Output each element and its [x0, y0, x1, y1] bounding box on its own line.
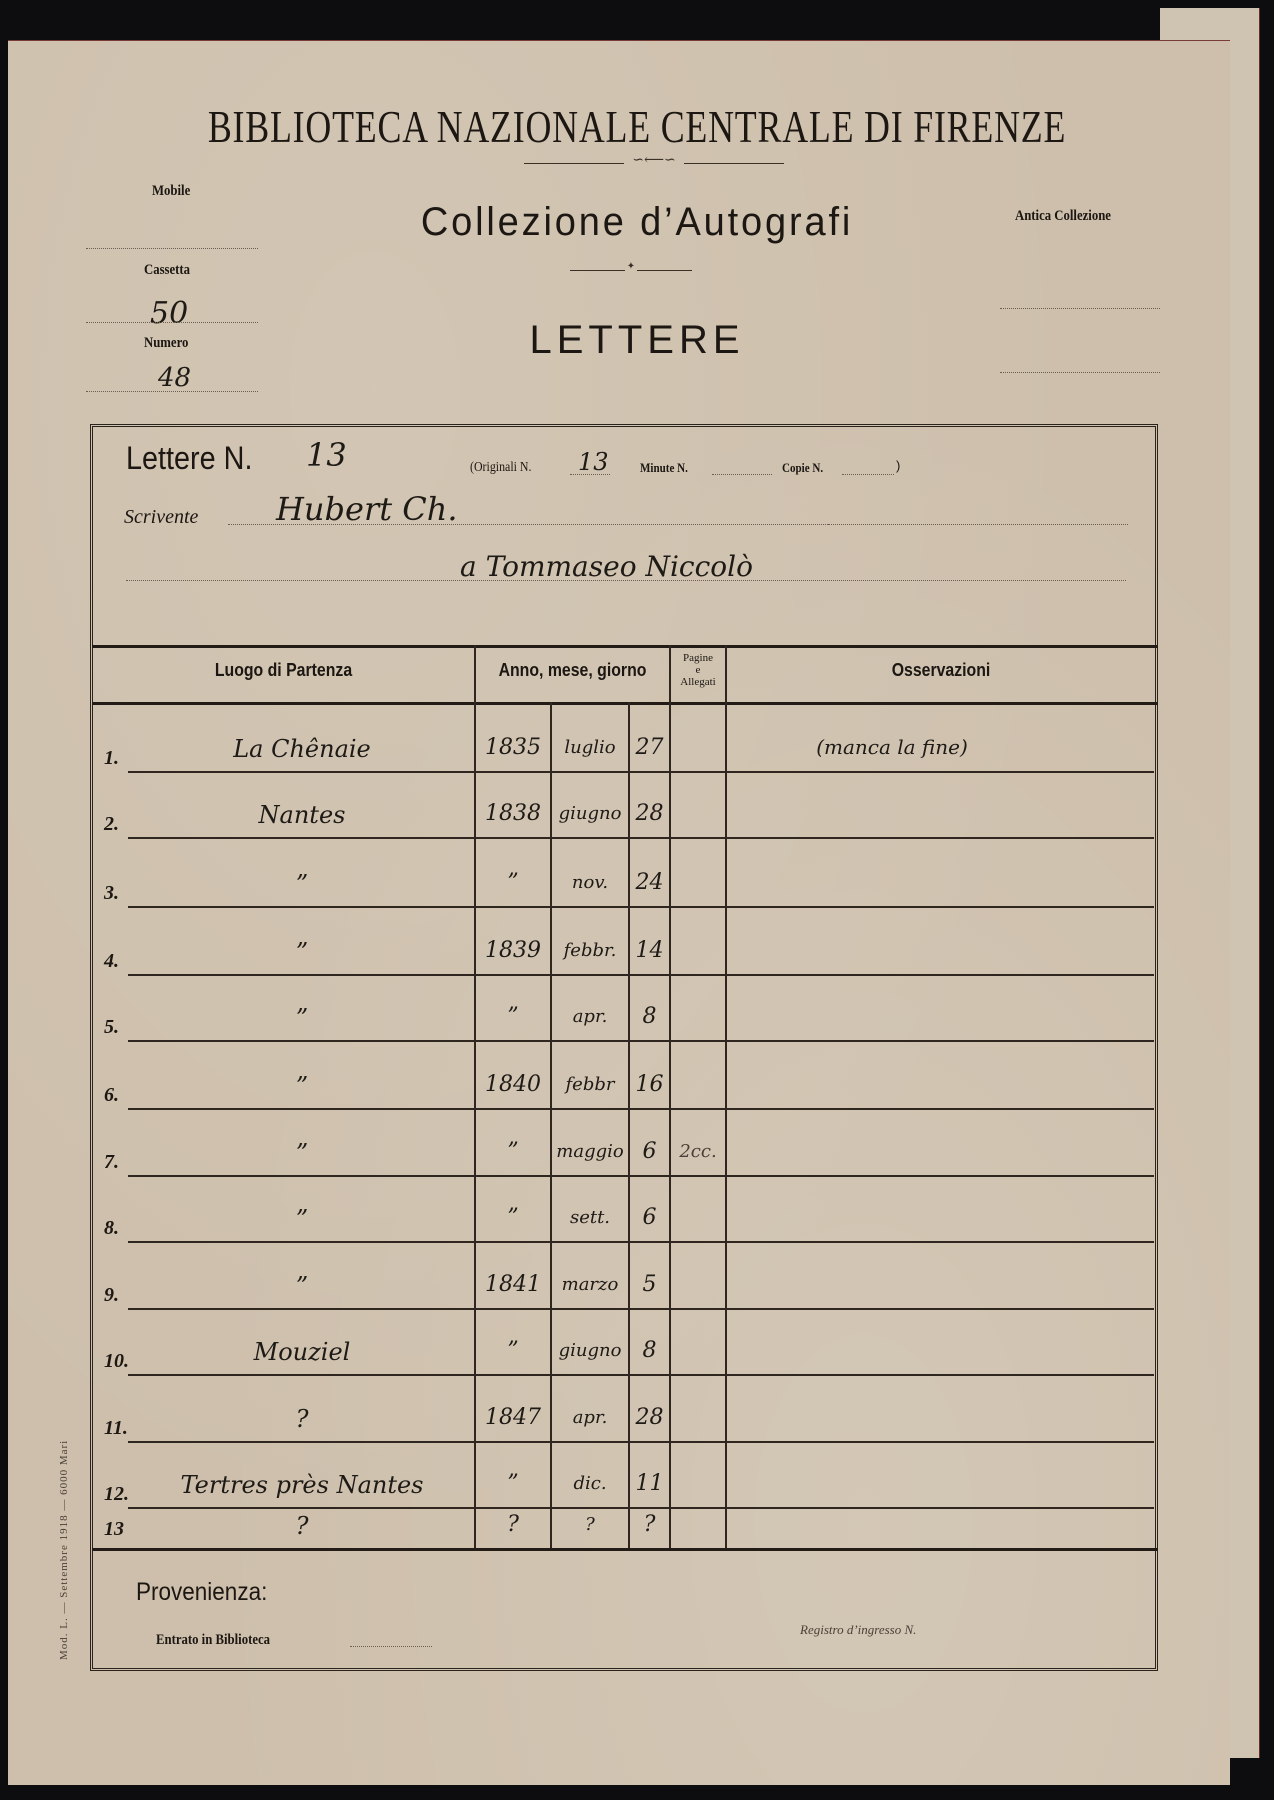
row-number: 4.: [104, 950, 119, 973]
row-rule: [128, 1108, 1154, 1110]
cell-anno: 1847: [476, 1405, 550, 1430]
row-rule: [128, 837, 1154, 839]
cell-anno: ”: [476, 1338, 550, 1363]
row-number: 13: [104, 1518, 124, 1541]
cell-anno: 1841: [476, 1272, 550, 1297]
table-header-bottom-border: [92, 702, 1158, 705]
scrivente-label: Scrivente: [124, 506, 198, 529]
cell-giorno: 28: [630, 801, 669, 826]
cell-luogo: ”: [130, 1072, 474, 1100]
cell-mese: dic.: [552, 1473, 628, 1494]
cell-luogo: ”: [130, 938, 474, 966]
mobile-label: Mobile: [152, 183, 190, 200]
lettere-count-value: 13: [306, 436, 347, 474]
row-number: 12.: [104, 1483, 129, 1506]
minute-field-line[interactable]: [712, 474, 772, 475]
ornament-flourish-icon: ∽⟵∽: [624, 152, 684, 168]
cell-luogo: ”: [130, 1205, 474, 1233]
numero-value: 48: [158, 363, 191, 393]
copie-close-paren: ): [896, 458, 900, 473]
mobile-field-line[interactable]: [86, 248, 258, 249]
cell-mese: febbr.: [552, 940, 628, 961]
cell-luogo: La Chênaie: [130, 735, 474, 763]
row-rule: [128, 1374, 1154, 1376]
row-number: 8.: [104, 1217, 119, 1240]
destinatario-value: a Tommaseo Niccolò: [460, 550, 753, 583]
cell-luogo: Nantes: [130, 801, 474, 829]
row-number: 3.: [104, 882, 119, 905]
row-number: 6.: [104, 1084, 119, 1107]
antica-collezione-label: Antica Collezione: [1015, 208, 1111, 225]
cell-anno: 1838: [476, 801, 550, 826]
ornament-line-small-left: [570, 270, 625, 271]
cell-anno: ”: [476, 870, 550, 895]
cell-luogo: ”: [130, 1004, 474, 1032]
cell-luogo: ?: [130, 1405, 474, 1433]
cell-giorno: ?: [630, 1512, 669, 1537]
originali-value: 13: [578, 448, 609, 476]
row-number: 2.: [104, 813, 119, 836]
cell-giorno: 11: [630, 1471, 669, 1496]
destinatario-field-line[interactable]: [126, 580, 1126, 581]
cell-anno: ”: [476, 1139, 550, 1164]
cell-mese: apr.: [552, 1006, 628, 1027]
cell-mese: ?: [552, 1514, 628, 1535]
row-number: 7.: [104, 1151, 119, 1174]
row-rule: [128, 1507, 1154, 1509]
cell-mese: giugno: [552, 803, 628, 824]
cell-mese: febbr: [552, 1074, 628, 1095]
row-number: 5.: [104, 1016, 119, 1039]
provenienza-label: Provenienza:: [136, 1578, 267, 1607]
row-rule: [128, 974, 1154, 976]
copie-field-line[interactable]: [842, 474, 894, 475]
col-divider-giorno: [669, 645, 671, 1548]
cell-anno: ”: [476, 1471, 550, 1496]
cell-giorno: 6: [630, 1139, 669, 1164]
header-luogo: Luogo di Partenza: [115, 660, 452, 681]
cell-giorno: 28: [630, 1405, 669, 1430]
cell-anno: 1840: [476, 1072, 550, 1097]
row-number: 9.: [104, 1284, 119, 1307]
cell-mese: giugno: [552, 1340, 628, 1361]
cell-anno: ”: [476, 1205, 550, 1230]
cell-giorno: 6: [630, 1205, 669, 1230]
cell-anno: 1835: [476, 735, 550, 760]
cell-mese: apr.: [552, 1407, 628, 1428]
row-number: 11.: [104, 1417, 128, 1440]
row-rule: [128, 1441, 1154, 1443]
cassetta-label: Cassetta: [144, 262, 190, 279]
numero-field-line[interactable]: [86, 391, 258, 392]
cell-luogo: Tertres près Nantes: [130, 1471, 474, 1499]
originali-label: (Originali N.: [470, 460, 531, 476]
header-pagine: Pagine e Allegati: [670, 652, 726, 688]
header-data: Anno, mese, giorno: [487, 660, 659, 681]
registro-label: Registro d’ingresso N.: [800, 1622, 916, 1638]
row-rule: [128, 771, 1154, 773]
cell-mese: sett.: [552, 1207, 628, 1228]
row-rule: [128, 1175, 1154, 1177]
cell-giorno: 24: [630, 870, 669, 895]
cell-luogo: ”: [130, 1139, 474, 1167]
cell-osservazioni: (manca la fine): [727, 735, 1057, 759]
cell-anno: ”: [476, 1004, 550, 1029]
cell-giorno: 14: [630, 938, 669, 963]
cell-giorno: 8: [630, 1004, 669, 1029]
table-bottom-border: [92, 1548, 1158, 1551]
cell-luogo: Mouziel: [130, 1338, 474, 1366]
cell-mese: nov.: [552, 872, 628, 893]
header-pagine-line1: Pagine: [670, 652, 726, 664]
originali-field-line[interactable]: [570, 474, 610, 475]
cell-mese: maggio: [552, 1141, 628, 1162]
row-number: 10.: [104, 1350, 129, 1373]
col-divider-pagine: [725, 645, 727, 1548]
institution-title: BIBLIOTECA NAZIONALE CENTRALE DI FIRENZE: [140, 100, 1134, 153]
cell-giorno: 5: [630, 1272, 669, 1297]
ornament-dot-icon: ✦: [625, 261, 637, 272]
cell-anno: ?: [476, 1512, 550, 1537]
antica-field-line-1[interactable]: [1000, 308, 1160, 309]
ornament-line-left: [524, 163, 624, 164]
copie-label: Copie N.: [782, 460, 823, 476]
header-pagine-line3: Allegati: [670, 676, 726, 688]
cell-giorno: 8: [630, 1338, 669, 1363]
row-rule: [128, 906, 1154, 908]
header-pagine-line2: e: [670, 664, 726, 676]
ornament-line-small-right: [637, 270, 692, 271]
scrivente-value: Hubert Ch.: [276, 490, 458, 528]
lettere-count-label: Lettere N.: [126, 440, 252, 477]
cell-anno: 1839: [476, 938, 550, 963]
cell-luogo: ?: [130, 1512, 474, 1540]
entrato-label: Entrato in Biblioteca: [156, 1632, 270, 1649]
cell-giorno: 16: [630, 1072, 669, 1097]
header-osservazioni: Osservazioni: [752, 660, 1130, 681]
table-top-border: [92, 645, 1158, 648]
form-imprint: Mod. L. — Settembre 1918 — 6000 Mari: [58, 1440, 70, 1660]
antica-field-line-2[interactable]: [1000, 372, 1160, 373]
entrato-field-line[interactable]: [350, 1646, 432, 1647]
cell-giorno: 27: [630, 735, 669, 760]
row-number: 1.: [104, 747, 119, 770]
cell-mese: luglio: [552, 737, 628, 758]
ornament-line-right: [684, 163, 784, 164]
cell-luogo: ”: [130, 1272, 474, 1300]
section-title: LETTERE: [0, 318, 1274, 363]
cell-mese: marzo: [552, 1274, 628, 1295]
minute-label: Minute N.: [640, 460, 688, 476]
scrivente-field-line-2[interactable]: [828, 524, 1128, 525]
cell-luogo: ”: [130, 870, 474, 898]
cell-pagine: 2cc.: [671, 1141, 725, 1162]
row-rule: [128, 1241, 1154, 1243]
row-rule: [128, 1040, 1154, 1042]
row-rule: [128, 1308, 1154, 1310]
